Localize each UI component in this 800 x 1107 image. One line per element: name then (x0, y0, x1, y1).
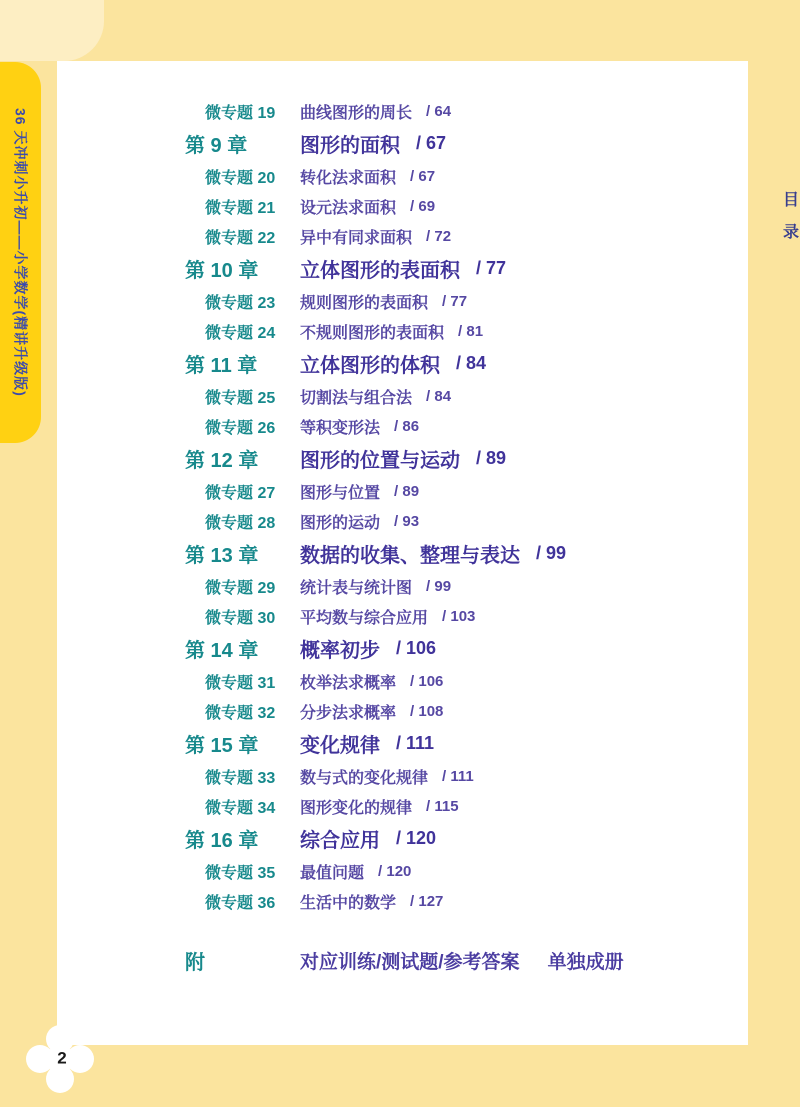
toc-entry-label: 第 12 章 (185, 444, 300, 473)
toc-entry: 微专题 26 等积变形法 / 86 (185, 411, 730, 441)
toc-entry-label: 微专题 22 (185, 225, 300, 248)
toc-entry-page: / 120 (396, 828, 436, 849)
toc-entry: 微专题 20 转化法求面积 / 67 (185, 161, 730, 191)
toc-entry: 微专题 19 曲线图形的周长 / 64 (185, 96, 730, 126)
toc-entry-title: 分步法求概率 (300, 700, 396, 723)
toc-entry-title: 图形与位置 (300, 480, 380, 503)
toc-entry: 微专题 21 设元法求面积 / 69 (185, 191, 730, 221)
folio-flower: 2 (15, 1014, 105, 1104)
toc-entry-page: 单独成册 (548, 947, 624, 974)
toc-entry-page: / 67 (416, 133, 446, 154)
toc-entry: 第 14 章 概率初步 / 106 (185, 631, 730, 666)
toc-entry-page: / 103 (442, 608, 475, 625)
toc-entry: 微专题 25 切割法与组合法 / 84 (185, 381, 730, 411)
toc-entry-page: / 84 (426, 388, 451, 405)
toc-entry-label: 微专题 31 (185, 670, 300, 693)
toc-entry-page: / 84 (456, 353, 486, 374)
contents-corner-tab-label: 目录 (778, 191, 800, 255)
toc-entry-label: 微专题 35 (185, 860, 300, 883)
toc-entry: 微专题 36 生活中的数学 / 127 (185, 886, 730, 916)
contents-corner-tab: 目录 (779, 188, 799, 258)
toc-entry-label: 微专题 29 (185, 575, 300, 598)
toc-entry-label: 微专题 36 (185, 890, 300, 913)
toc-entry-label: 微专题 20 (185, 165, 300, 188)
toc-entry-page: / 89 (476, 448, 506, 469)
toc-entry-page: / 127 (410, 893, 443, 910)
toc-entry-title: 图形的位置与运动 (300, 444, 460, 473)
toc-entry-label: 微专题 27 (185, 480, 300, 503)
toc-entry: 微专题 27 图形与位置 / 89 (185, 476, 730, 506)
toc-entry-title: 平均数与综合应用 (300, 605, 428, 628)
toc-entry-title: 变化规律 (300, 729, 380, 758)
toc-entry-page: / 111 (442, 768, 474, 785)
toc-entry-label: 微专题 32 (185, 700, 300, 723)
toc-entry-title: 图形的运动 (300, 510, 380, 533)
toc-entry: 微专题 30 平均数与综合应用 / 103 (185, 601, 730, 631)
spine-tab: 36 天冲刺小升初——小学数学(精讲升级版) (0, 62, 41, 443)
toc-entry-title: 切割法与组合法 (300, 385, 412, 408)
toc-entry-title: 概率初步 (300, 634, 380, 663)
toc-entry-label: 微专题 26 (185, 415, 300, 438)
toc-entry-title: 规则图形的表面积 (300, 290, 428, 313)
toc-entry-page: / 115 (426, 798, 459, 815)
toc-entry-label: 微专题 24 (185, 320, 300, 343)
toc-entry-label: 微专题 34 (185, 795, 300, 818)
toc-entry-label: 微专题 23 (185, 290, 300, 313)
toc-entry-page: / 106 (410, 673, 443, 690)
toc-entry-title: 数据的收集、整理与表达 (300, 539, 520, 568)
toc-entry: 第 15 章 变化规律 / 111 (185, 726, 730, 761)
toc-entry-label: 第 13 章 (185, 539, 300, 568)
toc-entry: 第 9 章 图形的面积 / 67 (185, 126, 730, 161)
toc-entry-label: 第 15 章 (185, 729, 300, 758)
toc-entry: 微专题 23 规则图形的表面积 / 77 (185, 286, 730, 316)
toc-entry-page: / 108 (410, 703, 443, 720)
toc-entry-page: / 77 (476, 258, 506, 279)
toc-entry-page: / 86 (394, 418, 419, 435)
toc-entry-page: / 77 (442, 293, 467, 310)
toc-list: 微专题 19 曲线图形的周长 / 64 第 9 章 图形的面积 / 67 微专题… (185, 96, 730, 980)
toc-entry-title: 枚举法求概率 (300, 670, 396, 693)
toc-entry-page: / 93 (394, 513, 419, 530)
toc-entry-title: 立体图形的体积 (300, 349, 440, 378)
book-toc-page: 36 天冲刺小升初——小学数学(精讲升级版) 目录 微专题 19 曲线图形的周长… (0, 0, 800, 1107)
toc-entry-page: / 106 (396, 638, 436, 659)
toc-entry-title: 综合应用 (300, 824, 380, 853)
toc-entry-label: 微专题 21 (185, 195, 300, 218)
toc-entry-page: / 89 (394, 483, 419, 500)
toc-entry: 第 10 章 立体图形的表面积 / 77 (185, 251, 730, 286)
toc-entry-title: 异中有同求面积 (300, 225, 412, 248)
toc-entry-label: 微专题 30 (185, 605, 300, 628)
toc-entry-title: 不规则图形的表面积 (300, 320, 444, 343)
toc-entry-title: 图形变化的规律 (300, 795, 412, 818)
toc-entry-page: / 111 (396, 733, 434, 754)
book-title-vertical: 36 天冲刺小升初——小学数学(精讲升级版) (11, 108, 31, 397)
toc-entry: 微专题 34 图形变化的规律 / 115 (185, 791, 730, 821)
toc-entry-title: 数与式的变化规律 (300, 765, 428, 788)
toc-entry-label: 微专题 19 (185, 100, 300, 123)
toc-entry: 第 16 章 综合应用 / 120 (185, 821, 730, 856)
toc-entry-title: 曲线图形的周长 (300, 100, 412, 123)
toc-entry: 微专题 32 分步法求概率 / 108 (185, 696, 730, 726)
toc-entry: 微专题 29 统计表与统计图 / 99 (185, 571, 730, 601)
toc-entry: 微专题 35 最值问题 / 120 (185, 856, 730, 886)
toc-entry-label: 第 16 章 (185, 824, 300, 853)
toc-entry-title: 等积变形法 (300, 415, 380, 438)
toc-entry-label: 第 11 章 (185, 349, 300, 378)
toc-entry-label: 附 (185, 946, 300, 975)
toc-entry: 微专题 22 异中有同求面积 / 72 (185, 221, 730, 251)
page-number: 2 (57, 1049, 66, 1069)
toc-entry-label: 第 9 章 (185, 129, 300, 158)
toc-entry-title: 图形的面积 (300, 129, 400, 158)
toc-entry-label: 微专题 33 (185, 765, 300, 788)
toc-entry-label: 微专题 28 (185, 510, 300, 533)
toc-entry-title: 统计表与统计图 (300, 575, 412, 598)
toc-entry-page: / 99 (426, 578, 451, 595)
toc-entry-page: / 81 (458, 323, 483, 340)
toc-entry-title: 设元法求面积 (300, 195, 396, 218)
toc-entry: 第 12 章 图形的位置与运动 / 89 (185, 441, 730, 476)
toc-entry-label: 第 14 章 (185, 634, 300, 663)
toc-entry: 微专题 31 枚举法求概率 / 106 (185, 666, 730, 696)
toc-entry-label: 第 10 章 (185, 254, 300, 283)
toc-entry-title: 生活中的数学 (300, 890, 396, 913)
toc-entry-title: 立体图形的表面积 (300, 254, 460, 283)
toc-entry-title: 最值问题 (300, 860, 364, 883)
toc-entry-label: 微专题 25 (185, 385, 300, 408)
toc-entry: 第 13 章 数据的收集、整理与表达 / 99 (185, 536, 730, 571)
toc-entry-page: / 120 (378, 863, 411, 880)
toc-entry: 附 对应训练/测试题/参考答案 单独成册 (185, 940, 730, 980)
toc-entry: 微专题 33 数与式的变化规律 / 111 (185, 761, 730, 791)
toc-entry: 微专题 28 图形的运动 / 93 (185, 506, 730, 536)
toc-entry: 微专题 24 不规则图形的表面积 / 81 (185, 316, 730, 346)
toc-entry-page: / 64 (426, 103, 451, 120)
toc-entry-title: 转化法求面积 (300, 165, 396, 188)
toc-entry-page: / 67 (410, 168, 435, 185)
toc-entry-page: / 99 (536, 543, 566, 564)
top-left-light-corner (0, 0, 104, 61)
toc-entry-title: 对应训练/测试题/参考答案 (300, 947, 520, 974)
toc-entry: 第 11 章 立体图形的体积 / 84 (185, 346, 730, 381)
toc-entry-page: / 69 (410, 198, 435, 215)
toc-entry-page: / 72 (426, 228, 451, 245)
